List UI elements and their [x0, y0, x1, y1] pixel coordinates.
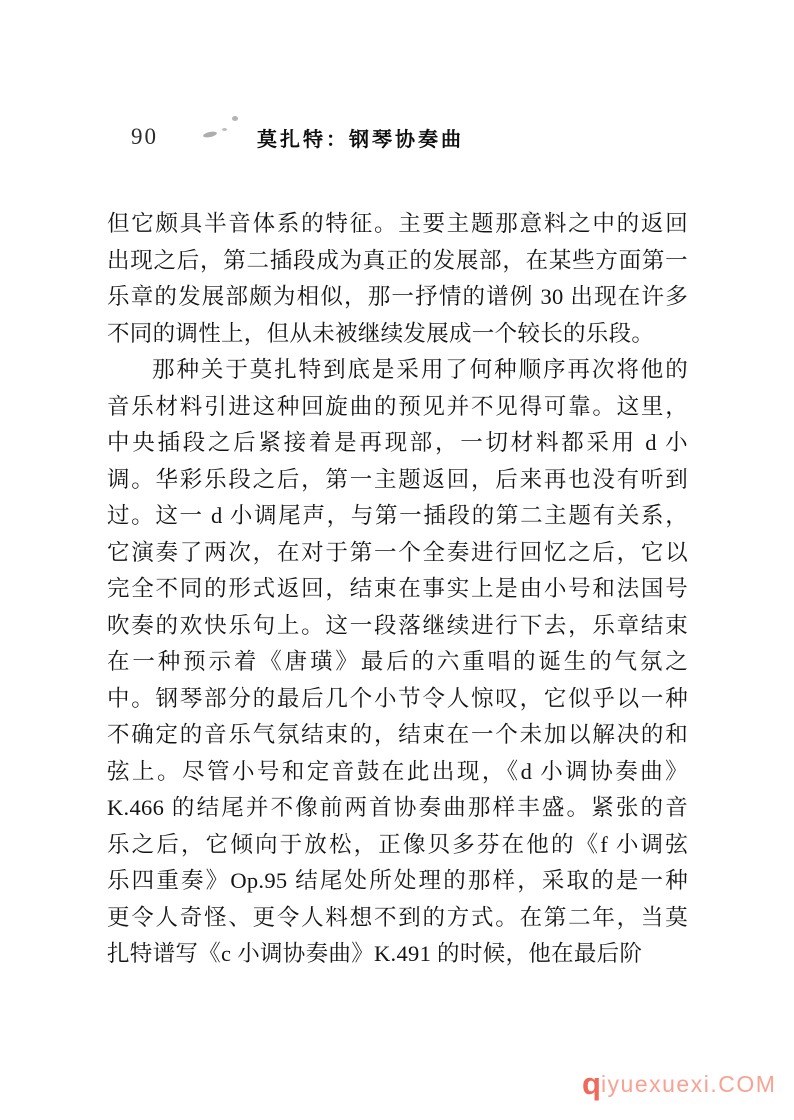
text-line: 吹奏的欢快乐句上。这一段落继续进行下去，乐章结束 [107, 608, 688, 645]
site-watermark: qiyuexuexi.COM [582, 1066, 776, 1102]
page-number: 90 [131, 124, 158, 150]
body-text: 但它颇具半音体系的特征。主要主题那意料之中的返回 出现之后，第二插段成为真正的发… [107, 206, 688, 973]
running-header-title: 莫扎特：钢琴协奏曲 [257, 123, 464, 152]
text-line: 乐章的发展部颇为相似，那一抒情的谱例 30 出现在许多 [107, 279, 688, 316]
scan-smudge [232, 116, 238, 121]
text-line: 中。钢琴部分的最后几个小节令人惊叹，它似乎以一种 [107, 681, 688, 718]
text-line: 不同的调性上，但从未被继续发展成一个较长的乐段。 [107, 316, 688, 353]
watermark-text: iyuexuexi.COM [601, 1071, 776, 1097]
scan-smudge [203, 131, 218, 139]
text-line: 乐四重奏》Op.95 结尾处所处理的那样，采取的是一种 [107, 863, 688, 900]
text-line: 出现之后，第二插段成为真正的发展部，在某些方面第一 [107, 243, 688, 280]
scan-smudge [222, 128, 227, 131]
text-line: 在一种预示着《唐璜》最后的六重唱的诞生的气氛之 [107, 644, 688, 681]
text-line: 音乐材料引进这种回旋曲的预见并不见得可靠。这里， [107, 389, 688, 426]
text-line: 乐之后，它倾向于放松，正像贝多芬在他的《f 小调弦 [107, 827, 688, 864]
text-line: 调。华彩乐段之后，第一主题返回，后来再也没有听到 [107, 462, 688, 499]
text-line: 但它颇具半音体系的特征。主要主题那意料之中的返回 [107, 206, 688, 243]
text-line: 中央插段之后紧接着是再现部，一切材料都采用 d 小 [107, 425, 688, 462]
text-line: 更令人奇怪、更令人料想不到的方式。在第二年，当莫 [107, 900, 688, 937]
text-line: 不确定的音乐气氛结束的，结束在一个未加以解决的和 [107, 717, 688, 754]
text-line: 扎特谱写《c 小调协奏曲》K.491 的时候，他在最后阶 [107, 936, 688, 973]
text-line: 那种关于莫扎特到底是采用了何种顺序再次将他的 [107, 352, 688, 389]
text-line: K.466 的结尾并不像前两首协奏曲那样丰盛。紧张的音 [107, 790, 688, 827]
book-page: 90 莫扎特：钢琴协奏曲 但它颇具半音体系的特征。主要主题那意料之中的返回 出现… [0, 0, 794, 1120]
text-line: 过。这一 d 小调尾声，与第一插段的第二主题有关系， [107, 498, 688, 535]
text-line: 弦上。尽管小号和定音鼓在此出现，《d 小调协奏曲》 [107, 754, 688, 791]
text-line: 它演奏了两次，在对于第一个全奏进行回忆之后，它以 [107, 535, 688, 572]
watermark-bold-letter: q [582, 1066, 601, 1101]
text-line: 完全不同的形式返回，结束在事实上是由小号和法国号 [107, 571, 688, 608]
